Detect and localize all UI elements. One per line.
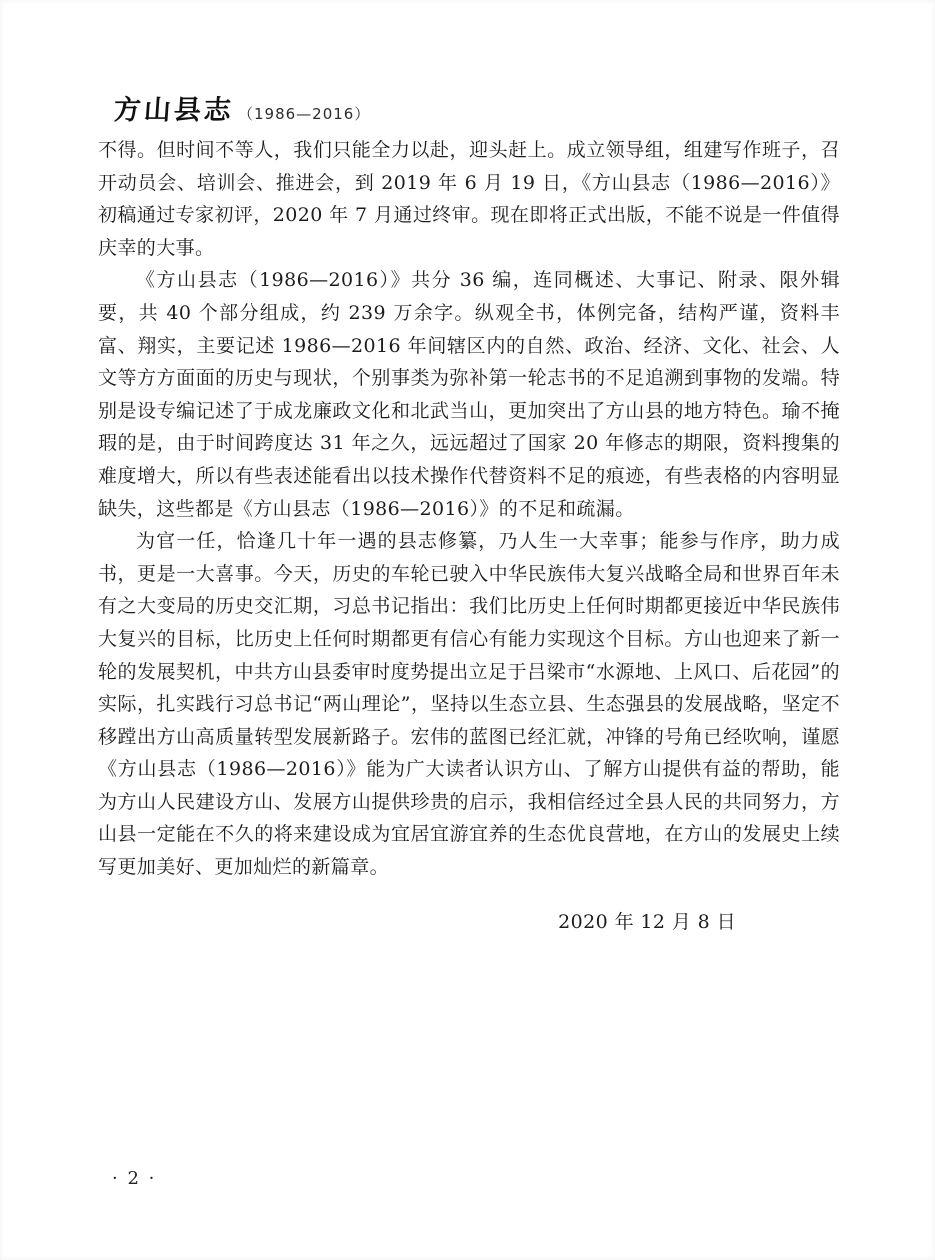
body-paragraph: 为官一任，恰逢几十年一遇的县志修纂，乃人生一大幸事；能参与作序，助力成书，更是一… (98, 525, 840, 884)
body-paragraph: 《方山县志（1986—2016）》共分 36 编，连同概述、大事记、附录、限外辑… (98, 264, 840, 525)
page-body: 不得。但时间不等人，我们只能全力以赴，迎头赶上。成立领导组，组建写作班子，召开动… (98, 134, 840, 938)
book-title-calligraphy: 方山县志 (113, 88, 236, 127)
body-paragraph: 不得。但时间不等人，我们只能全力以赴，迎头赶上。成立领导组，组建写作班子，召开动… (98, 134, 840, 264)
date-line: 2020 年 12 月 8 日 (98, 906, 840, 939)
document-page: 方山县志 （1986—2016） 不得。但时间不等人，我们只能全力以赴，迎头赶上… (0, 0, 935, 1260)
page-number: · 2 · (112, 1168, 156, 1189)
book-title-years: （1986—2016） (238, 103, 370, 124)
running-head: 方山县志 （1986—2016） (114, 88, 370, 127)
